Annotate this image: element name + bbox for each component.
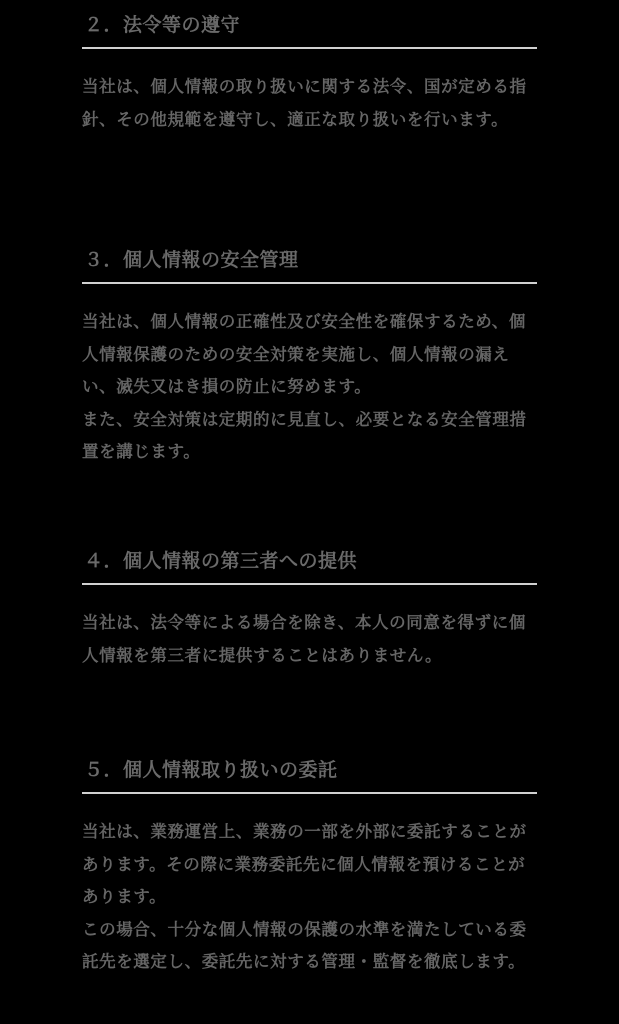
section-heading: ４．個人情報の第三者への提供	[82, 548, 537, 574]
paragraph: 当社は、個人情報の取り扱いに関する法令、国が定める指針、その他規範を遵守し、適正…	[82, 71, 537, 136]
section-body: 当社は、個人情報の正確性及び安全性を確保するため、個人情報保護のための安全対策を…	[82, 284, 537, 469]
paragraph: 当社は、法令等による場合を除き、本人の同意を得ずに個人情報を第三者に提供すること…	[82, 607, 537, 672]
section-heading: ２．法令等の遵守	[82, 12, 537, 38]
paragraph: また、安全対策は定期的に見直し、必要となる安全管理措置を講じます。	[82, 404, 537, 469]
section-body: 当社は、業務運営上、業務の一部を外部に委託することがあります。その際に業務委託先…	[82, 794, 537, 979]
paragraph: この場合、十分な個人情報の保護の水準を満たしている委託先を選定し、委託先に対する…	[82, 914, 537, 979]
section-heading: ３．個人情報の安全管理	[82, 247, 537, 273]
section-heading: ５．個人情報取り扱いの委託	[82, 757, 537, 783]
paragraph: 当社は、業務運営上、業務の一部を外部に委託することがあります。その際に業務委託先…	[82, 816, 537, 914]
section-body: 当社は、個人情報の取り扱いに関する法令、国が定める指針、その他規範を遵守し、適正…	[82, 49, 537, 136]
section-compliance: ２．法令等の遵守 当社は、個人情報の取り扱いに関する法令、国が定める指針、その他…	[82, 12, 537, 136]
section-body: 当社は、法令等による場合を除き、本人の同意を得ずに個人情報を第三者に提供すること…	[82, 585, 537, 672]
section-third-party-provision: ４．個人情報の第三者への提供 当社は、法令等による場合を除き、本人の同意を得ずに…	[82, 548, 537, 672]
section-security-management: ３．個人情報の安全管理 当社は、個人情報の正確性及び安全性を確保するため、個人情…	[82, 247, 537, 469]
section-outsourcing: ５．個人情報取り扱いの委託 当社は、業務運営上、業務の一部を外部に委託することが…	[82, 757, 537, 979]
paragraph: 当社は、個人情報の正確性及び安全性を確保するため、個人情報保護のための安全対策を…	[82, 306, 537, 404]
